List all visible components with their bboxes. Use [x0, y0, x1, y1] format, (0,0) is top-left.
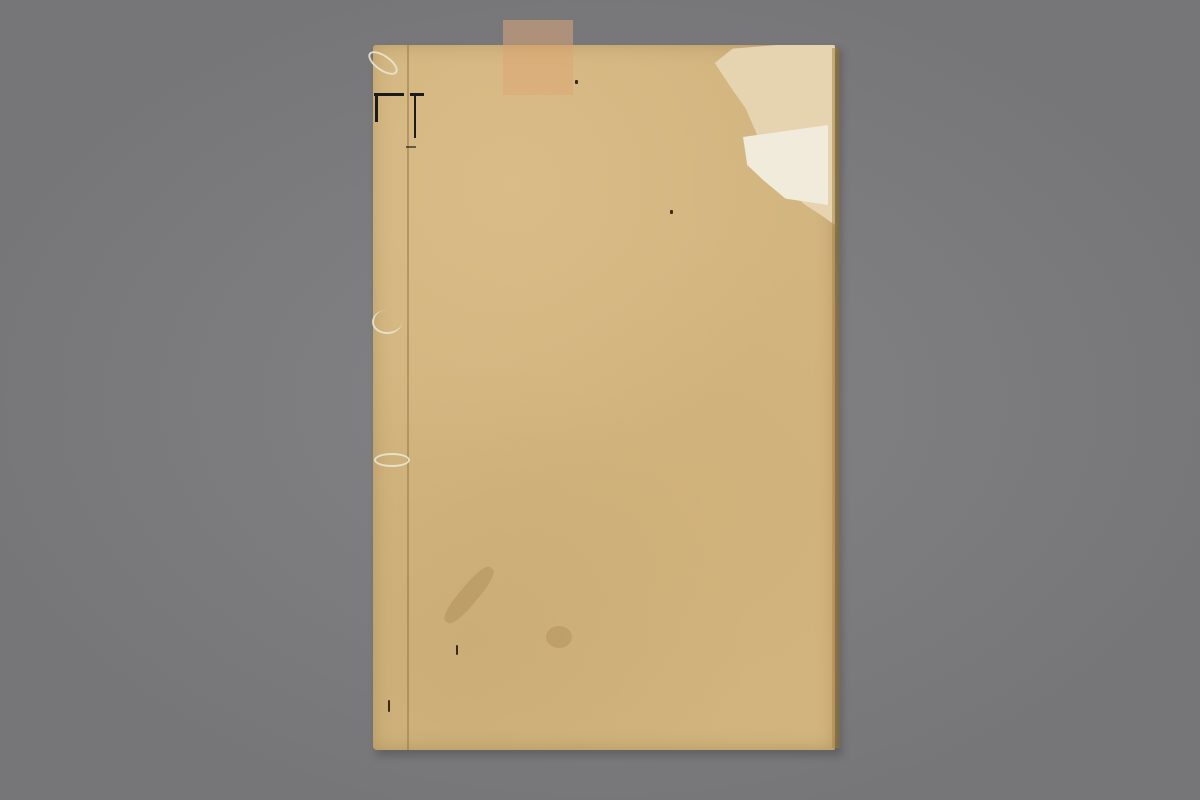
- label-glyph-stroke: [414, 96, 416, 138]
- binding-thread-middle: [372, 310, 402, 334]
- ink-spot: [670, 210, 673, 214]
- tag-overlap: [503, 45, 573, 95]
- stain: [546, 626, 572, 648]
- label-glyph-stroke: [374, 93, 404, 96]
- page-edges: [832, 48, 840, 748]
- ink-spot: [388, 700, 390, 712]
- title-label-fragment: [743, 125, 828, 205]
- binding-thread-lower: [374, 453, 410, 467]
- label-glyph-stroke: [406, 146, 416, 148]
- label-glyph-stroke: [375, 96, 378, 122]
- ink-spot: [575, 80, 578, 84]
- label-glyph-stroke: [410, 93, 424, 96]
- book-cover: [373, 45, 835, 750]
- ink-spot: [456, 645, 458, 655]
- spine-fold-line: [407, 45, 409, 750]
